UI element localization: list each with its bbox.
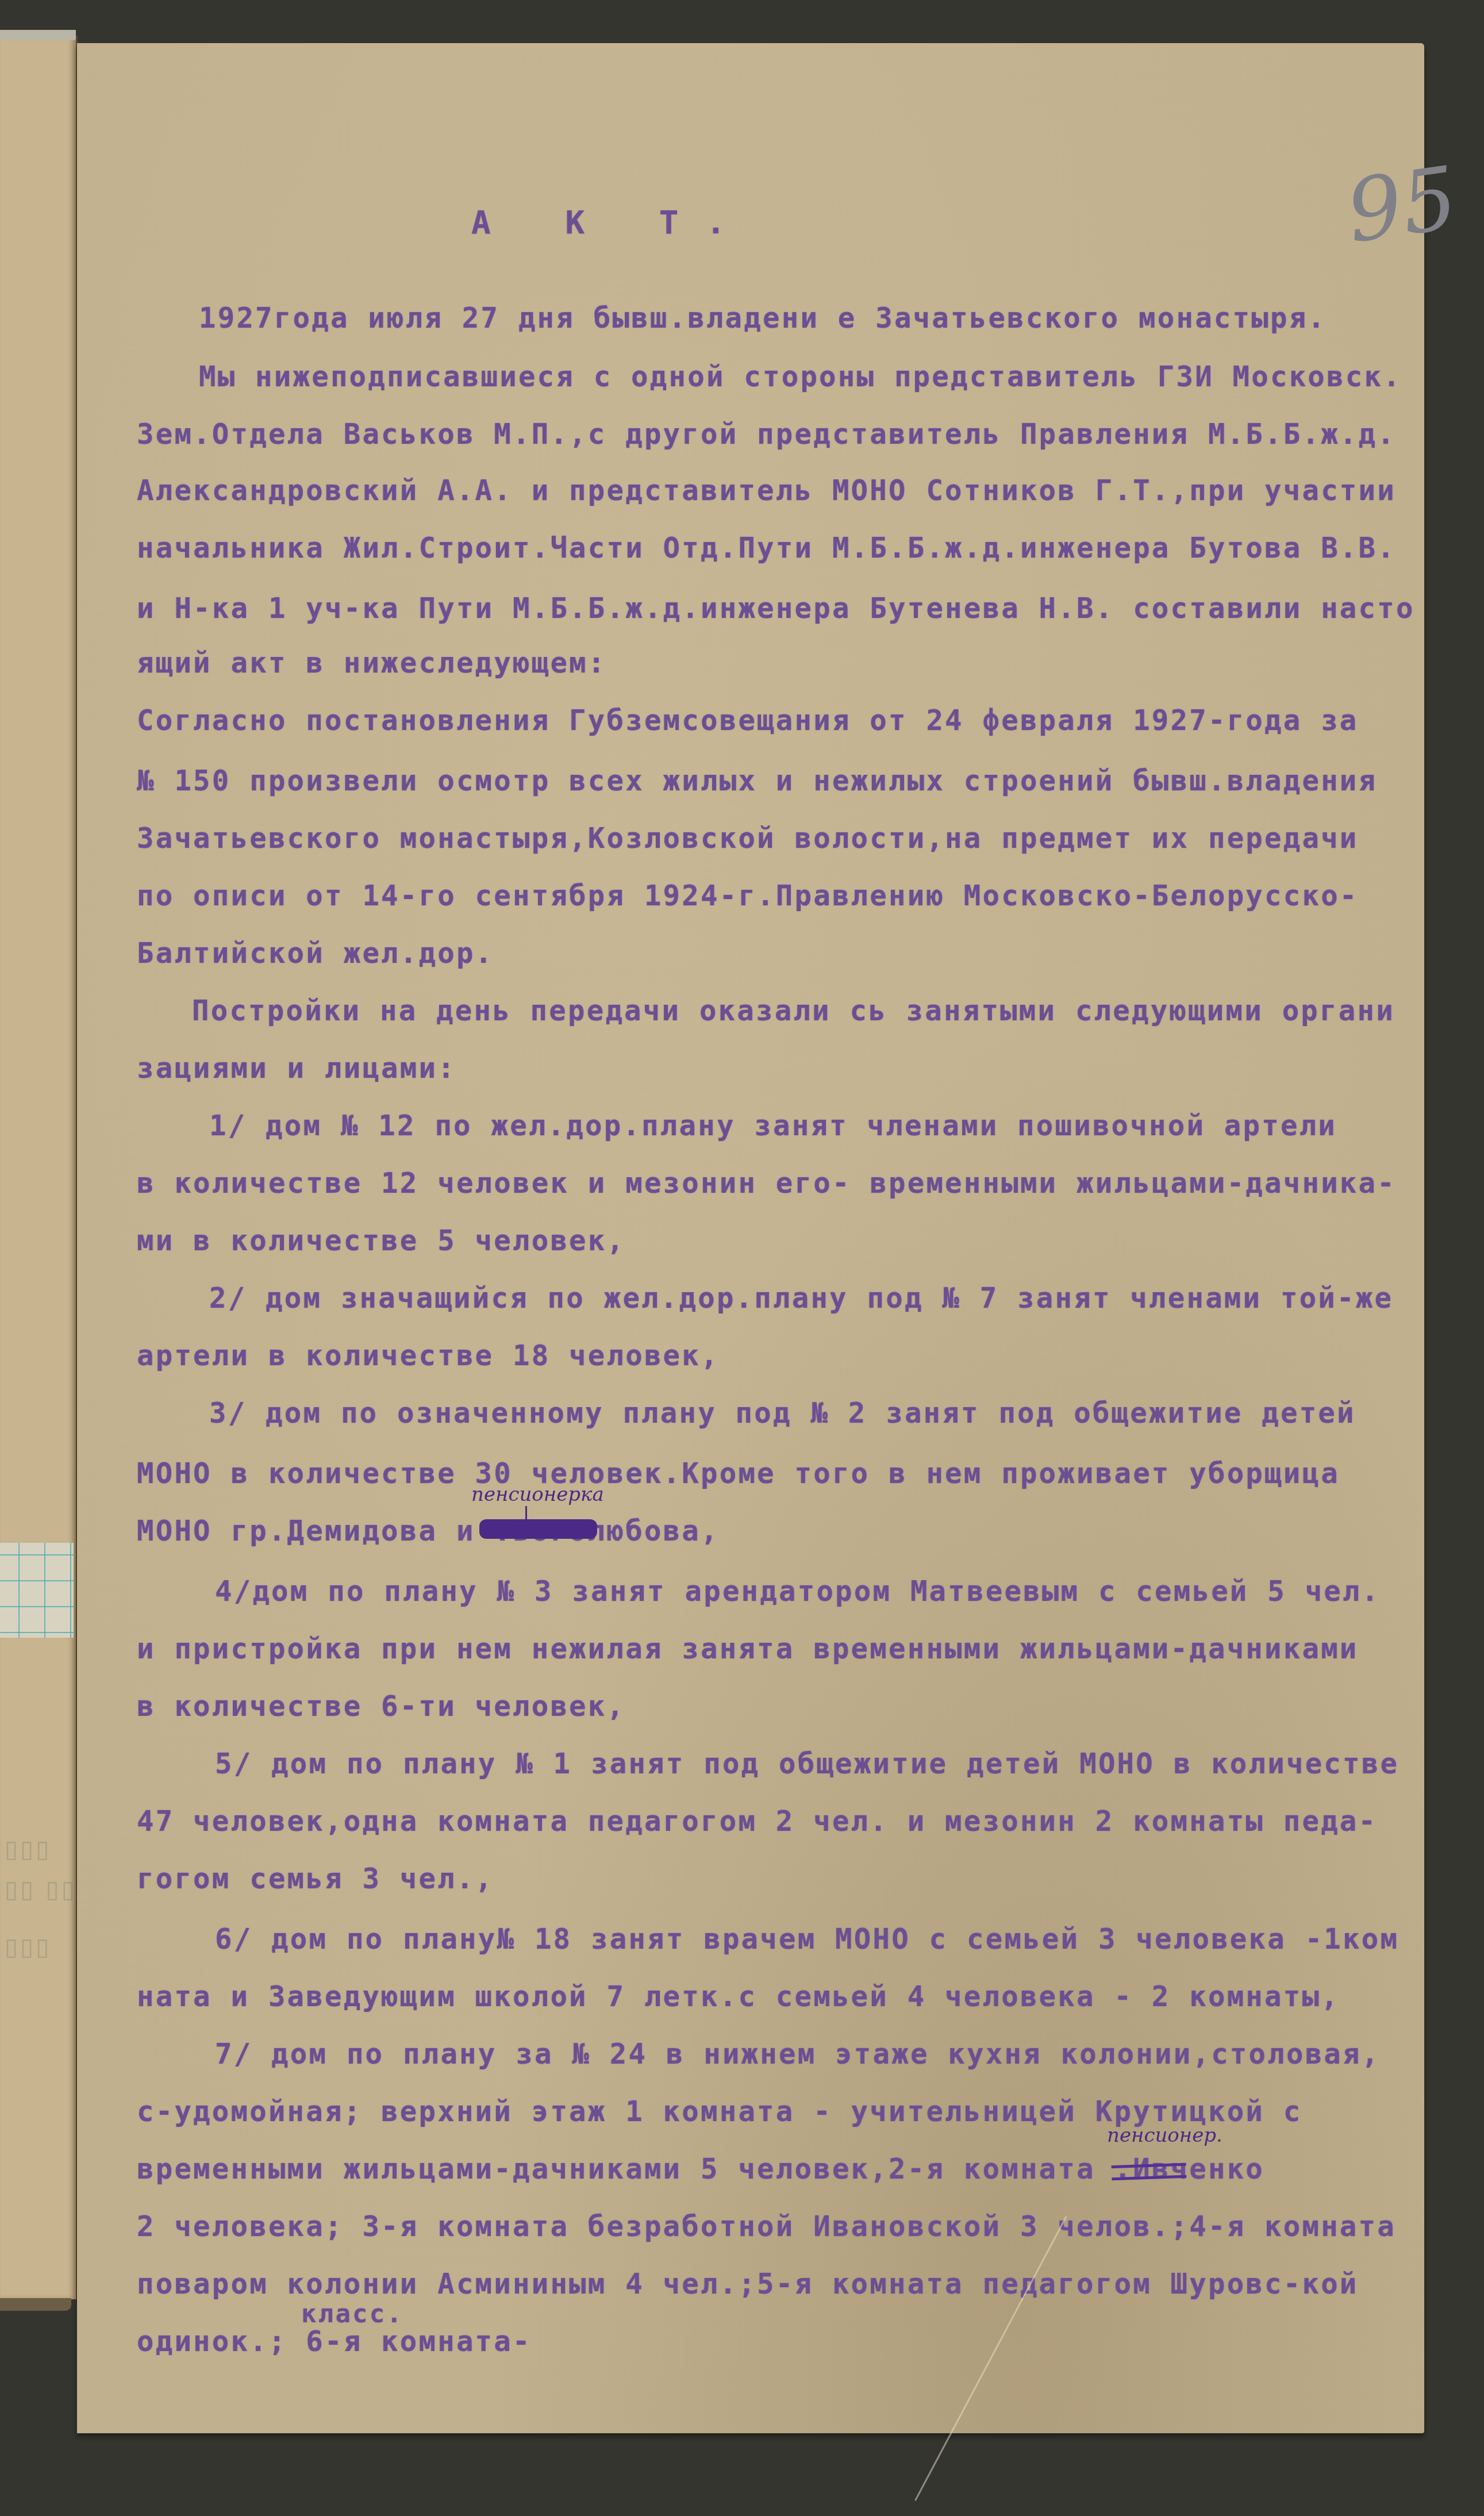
doc-line: ната и Заведующим школой 7 летк.с семьей… [137,1980,1340,2013]
doc-line: Постройки на день передачи оказали сь за… [192,994,1395,1027]
faded-bleedthrough-text: ▯▯ ▯▯ [5,1875,77,1903]
document-title: А К Т. [471,204,753,241]
doc-line: временными жильцами-дачниками 5 человек,… [137,2153,1264,2185]
ink-blot-strikeout [479,1519,597,1539]
doc-line: Зачатьевского монастыря,Козловской волос… [137,822,1359,855]
doc-line: артели в количестве 18 человек, [137,1339,720,1372]
doc-line: Балтийской жел.дор. [137,937,494,970]
previous-page-bottom-edge [0,2298,71,2311]
doc-line: 6/ дом по плану№ 18 занят врачем МОНО с … [215,1923,1399,1956]
doc-line: по описи от 14-го сентября 1924-г.Правле… [137,879,1359,912]
doc-line: поваром колонии Асмининым 4 чел.;5-я ком… [137,2268,1359,2300]
previous-page-top-edge [0,30,76,40]
doc-line: гогом семья 3 чел., [137,1862,494,1895]
graph-paper-fragment [0,1543,74,1638]
doc-line: и пристройка при нем нежилая занята врем… [137,1632,1359,1665]
doc-line: 4/дом по плану № 3 занят арендатором Мат… [215,1575,1380,1608]
faded-bleedthrough-text: ▯▯▯ [5,1835,51,1863]
doc-line: с-удомойная; верхний этаж 1 комната - уч… [137,2095,1302,2128]
doc-line: ми в количестве 5 человек, [137,1224,625,1257]
doc-line: 5/ дом по плану № 1 занят под общежитие … [215,1747,1399,1780]
doc-line: 3/ дом по означенному плану под № 2 заня… [209,1397,1356,1430]
doc-line: зациями и лицами: [137,1052,456,1085]
faded-bleedthrough-text: ▯▯▯ [5,1933,51,1961]
handwritten-annotation: пенсионер. [1107,2124,1222,2147]
doc-line: и Н-ка 1 уч-ка Пути М.Б.Б.ж.д.инженера Б… [137,592,1415,625]
doc-line: МОНО гр.Демидова и .Боголюбова, [137,1515,720,1547]
doc-line: Зем.Отдела Васьков М.П.,с другой предста… [137,418,1396,451]
doc-line: 2 человека; 3-я комната безработной Иван… [137,2210,1396,2243]
doc-line: МОНО в количестве 30 человек.Кроме того … [137,1457,1340,1490]
doc-line: в количестве 6-ти человек, [137,1690,625,1723]
doc-line: ящий акт в нижеследующем: [137,647,607,679]
folio-number: 95 [1341,148,1463,263]
doc-line: 7/ дом по плану за № 24 в нижнем этаже к… [215,2038,1380,2071]
doc-line: начальника Жил.Строит.Части Отд.Пути М.Б… [137,532,1396,564]
handwritten-annotation: пенсионерка [471,1483,604,1506]
doc-line: 1927года июля 27 дня бывш.владени е Зача… [199,302,1327,335]
doc-line: одинок.; 6-я комната- [137,2325,532,2358]
paper-crease [914,2216,1067,2501]
doc-line: Александровский А.А. и представитель МОН… [137,474,1396,507]
doc-line: Мы нижеподписавшиеся с одной стороны пре… [199,360,1402,393]
superscript-insert: класс. [301,2299,403,2329]
doc-line: 2/ дом значащийся по жел.дор.плану под №… [209,1282,1393,1315]
previous-page-edge: ▯▯▯ ▯▯ ▯▯ ▯▯▯ [0,36,78,2299]
doc-line: в количестве 12 человек и мезонин его- в… [137,1167,1396,1200]
document-page: 95 А К Т. 1927года июля 27 дня бывш.влад… [77,43,1424,2433]
strikeout-lines [1112,2163,1187,2181]
doc-line: 1/ дом № 12 по жел.дор.плану занят члена… [209,1109,1337,1142]
doc-line: 47 человек,одна комната педагогом 2 чел.… [137,1805,1377,1838]
doc-line: Согласно постановления Губземсовещания о… [137,704,1359,737]
doc-line: № 150 произвели осмотр всех жилых и нежи… [137,765,1377,797]
